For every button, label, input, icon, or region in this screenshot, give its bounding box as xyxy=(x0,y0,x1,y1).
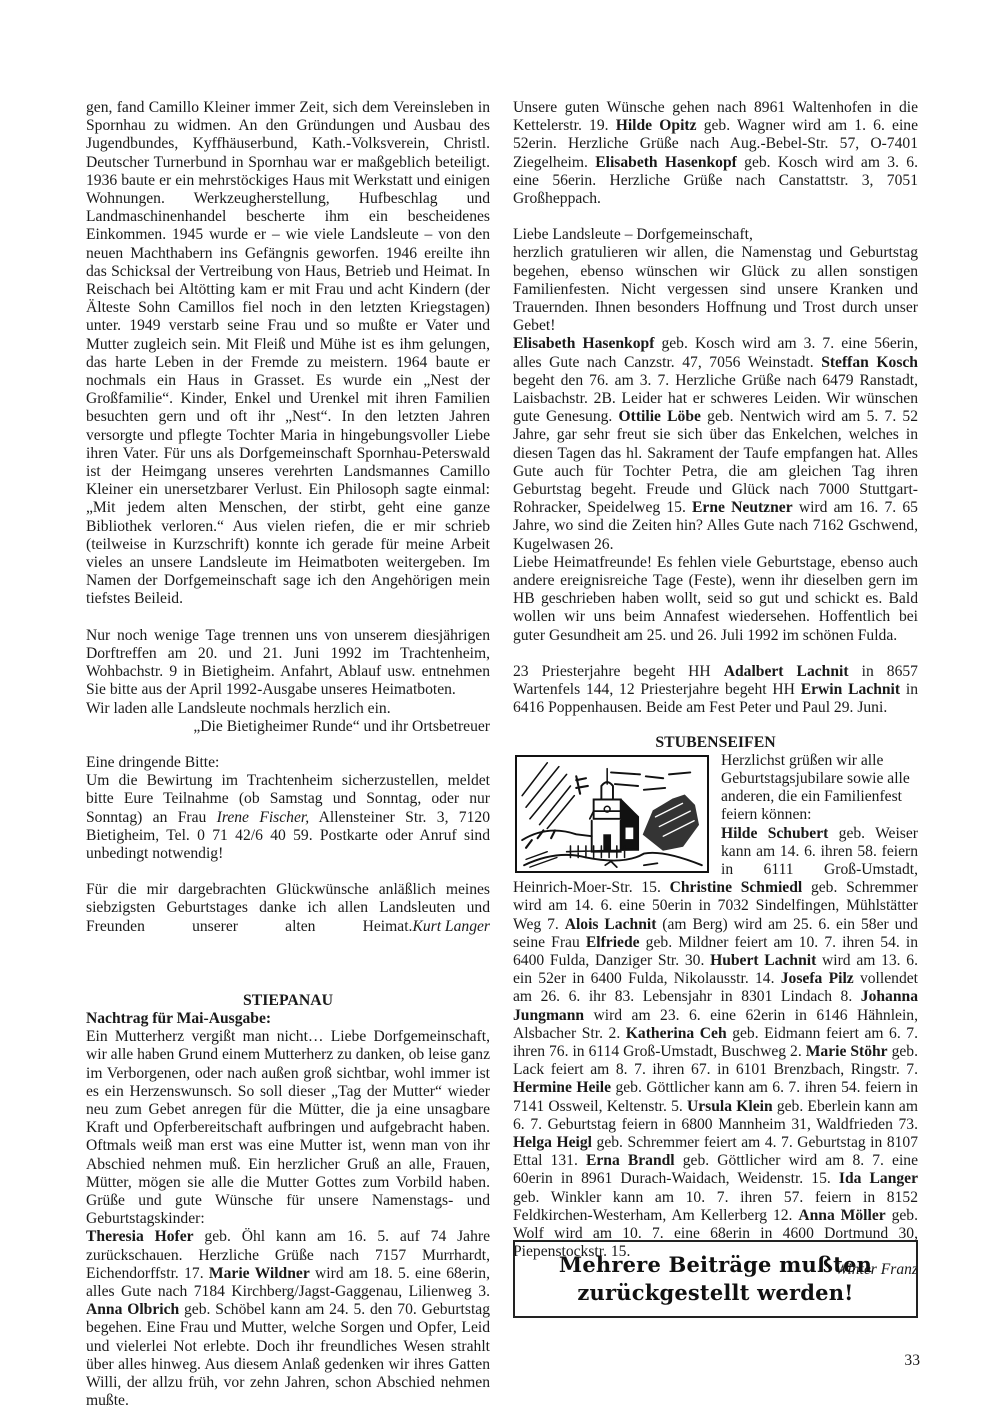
person-name: Erne Neutzner xyxy=(692,499,793,516)
person-name: Erwin Lachnit xyxy=(801,681,900,698)
stiepanau-heading: STIEPANAU xyxy=(86,992,490,1010)
stiepanau-intro: Ein Mutterherz vergißt man nicht… Liebe … xyxy=(86,1028,490,1228)
person-name: Marie Stöhr xyxy=(806,1043,888,1060)
person-name: Anna Olbrich xyxy=(86,1301,179,1318)
page-number: 33 xyxy=(898,1352,920,1370)
person-name: Marie Wildner xyxy=(209,1265,310,1282)
community-intro: herzlich gratulieren wir allen, die Name… xyxy=(513,244,918,335)
request-title: Eine dringende Bitte: xyxy=(86,754,490,772)
stiepanau-entries: Theresia Hofer geb. Öhl kann am 16. 5. a… xyxy=(86,1228,490,1410)
person-name: Katherina Ceh xyxy=(626,1025,727,1042)
banner-line-1: Mehrere Beiträge mußten xyxy=(559,1251,872,1279)
thanks-signature: Kurt Langer xyxy=(412,918,490,936)
thanks-paragraph: Für die mir dargebrachten Glückwünsche a… xyxy=(86,881,490,936)
person-name: Erna Brandl xyxy=(586,1152,675,1169)
community-greeting: Liebe Landsleute – Dorfgemeinschaft, xyxy=(513,226,918,244)
wishes-paragraph: Unsere guten Wünsche gehen nach 8961 Wal… xyxy=(513,99,918,208)
person-name: Ida Langer xyxy=(839,1170,918,1187)
person-name: Adalbert Lachnit xyxy=(724,663,849,680)
left-column: gen, fand Camillo Kleiner immer Zeit, si… xyxy=(86,99,490,1410)
obituary-paragraph: gen, fand Camillo Kleiner immer Zeit, si… xyxy=(86,99,490,609)
person-name: Elisabeth Hasenkopf xyxy=(513,335,654,352)
banner-line-2: zurückgestellt werden! xyxy=(577,1279,853,1307)
request-contact-name: Irene Fischer, xyxy=(217,809,309,826)
stiepanau-subheading: Nachtrag für Mai-Ausgabe: xyxy=(86,1010,490,1028)
person-name: Ottilie Löbe xyxy=(619,408,701,425)
person-name: Alois Lachnit xyxy=(565,916,657,933)
person-name: Josefa Pilz xyxy=(781,970,854,987)
person-name: Elisabeth Hasenkopf xyxy=(595,154,737,171)
person-name: Elfriede xyxy=(586,934,640,951)
priests-paragraph: 23 Priesterjahre begeht HH Adalbert Lach… xyxy=(513,663,918,718)
meeting-paragraph: Nur noch wenige Tage trennen uns von uns… xyxy=(86,627,490,700)
stubenseifen-heading: STUBENSEIFEN xyxy=(513,734,918,752)
priests-text: 23 Priesterjahre begeht HH xyxy=(513,663,724,680)
person-name: Helga Heigl xyxy=(513,1134,592,1151)
right-column: Unsere guten Wünsche gehen nach 8961 Wal… xyxy=(513,99,918,1280)
meeting-invite: Wir laden alle Landsleute nochmals herzl… xyxy=(86,700,490,718)
notice-banner: Mehrere Beiträge mußten zurückgestellt w… xyxy=(513,1240,918,1318)
person-name: Steffan Kosch xyxy=(821,354,918,371)
stubenseifen-entries: Hilde Schubert geb. Weiser kann am 14. 6… xyxy=(513,825,918,1262)
church-sketch-illustration-icon xyxy=(515,755,709,873)
person-name: Hermine Heile xyxy=(513,1079,611,1096)
person-name: Christine Schmiedl xyxy=(670,879,803,896)
community-entries: Elisabeth Hasenkopf geb. Kosch wird am 3… xyxy=(513,335,918,553)
person-name: Ursula Klein xyxy=(687,1098,773,1115)
meeting-signature: „Die Bietigheimer Runde“ und ihr Ortsbet… xyxy=(86,718,490,736)
person-name: Hilde Schubert xyxy=(721,825,828,842)
request-paragraph: Um die Bewirtung im Trachtenheim sicherz… xyxy=(86,772,490,863)
person-name: Hubert Lachnit xyxy=(710,952,816,969)
community-closing: Liebe Heimatfreunde! Es fehlen viele Geb… xyxy=(513,554,918,645)
person-name: Hilde Opitz xyxy=(616,117,697,134)
person-name: Theresia Hofer xyxy=(86,1228,194,1245)
person-name: Anna Möller xyxy=(798,1207,885,1224)
